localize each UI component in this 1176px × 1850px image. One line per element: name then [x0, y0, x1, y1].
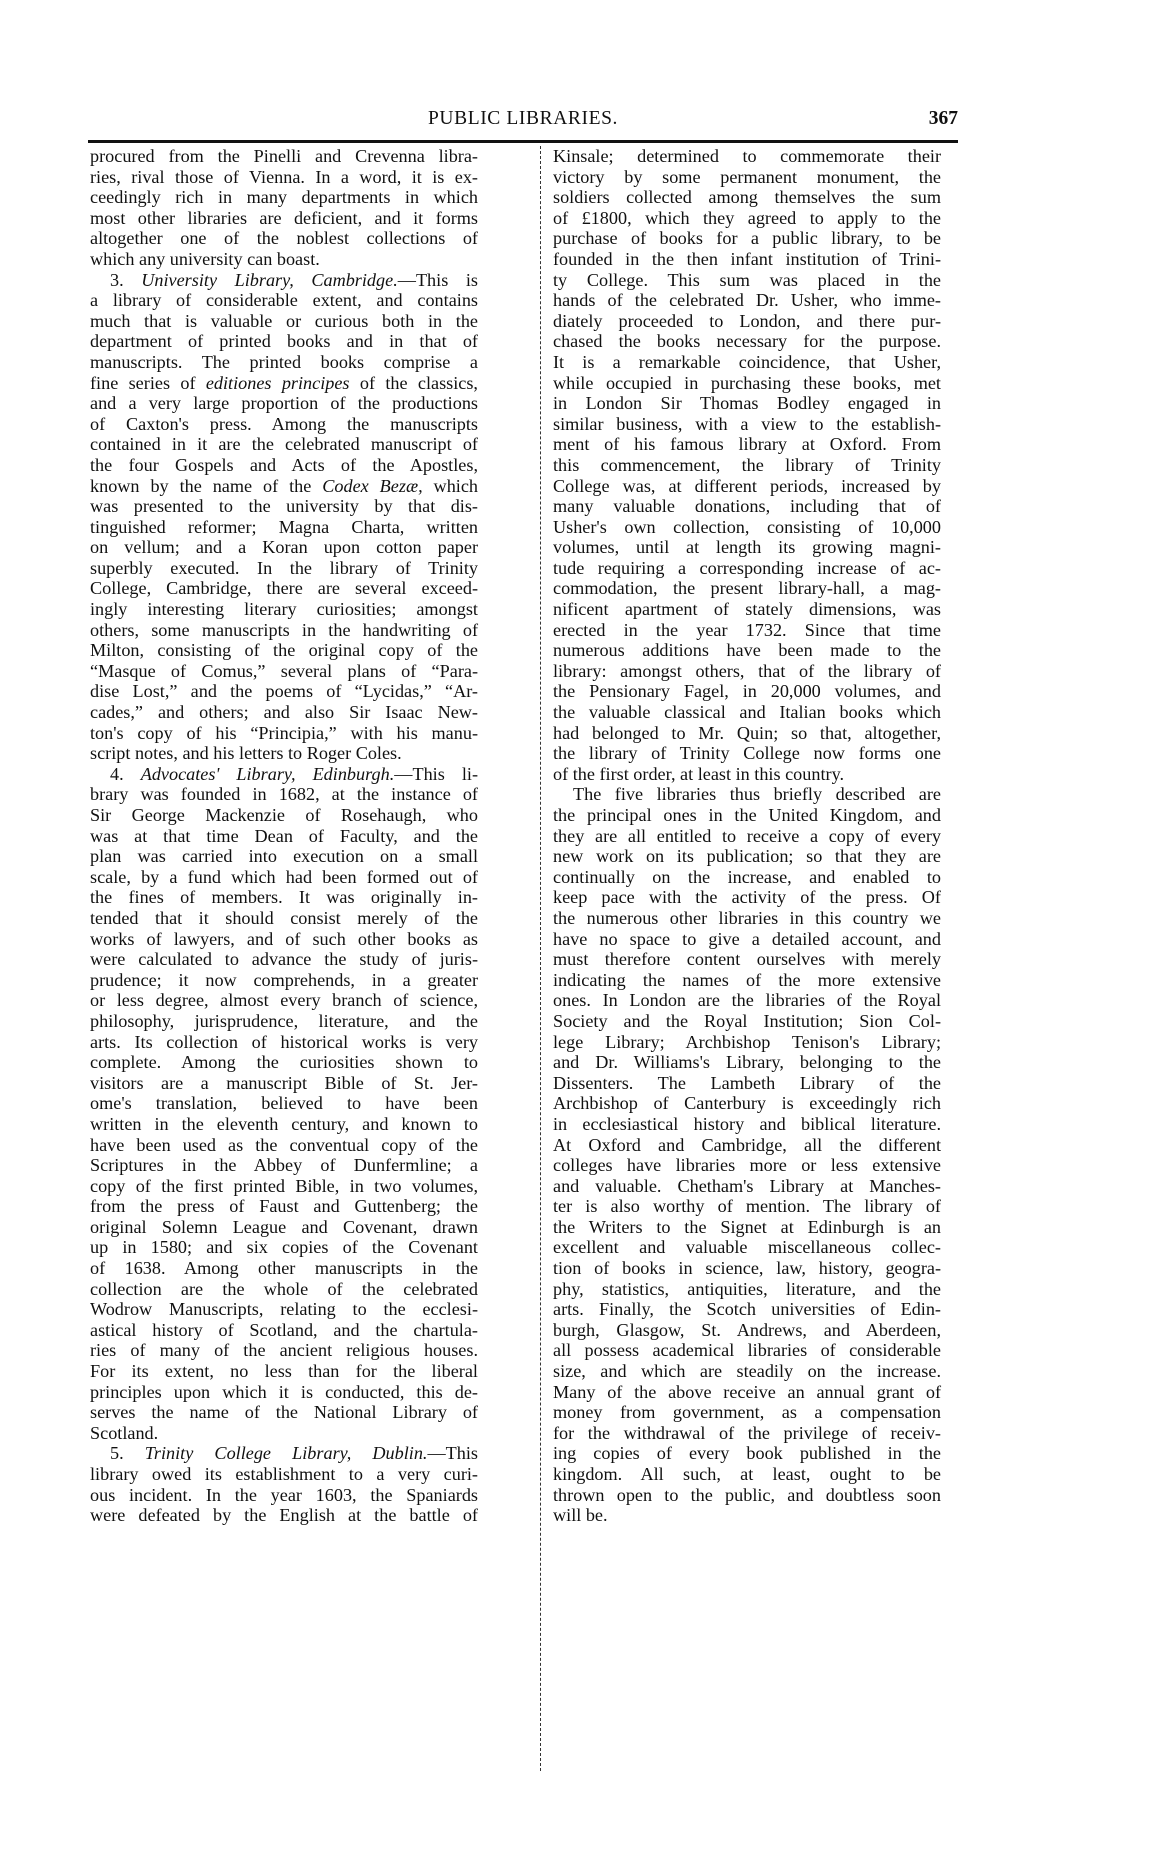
text-line: plan was carried into execution on a sma…	[90, 846, 478, 867]
page-number: 367	[929, 108, 958, 130]
line-text: and Dr. Williams's Library, belonging to…	[553, 1052, 941, 1072]
text-line: contained in it are the celebrated manus…	[90, 434, 478, 455]
line-text: and valuable. Chetham's Library at Manch…	[553, 1176, 941, 1196]
text-line: ries, rival those of Vienna. In a word, …	[90, 167, 478, 188]
text-line: nificent apartment of stately dimensions…	[553, 599, 941, 620]
text-line: script notes, and his letters to Roger C…	[90, 743, 478, 764]
text-line: of Caxton's press. Among the manuscripts	[90, 414, 478, 435]
line-text: tinguished reformer; Magna Charta, writt…	[90, 517, 478, 537]
line-text: It is a remarkable coincidence, that Ush…	[553, 352, 941, 372]
text-line: the fines of members. It was originally …	[90, 887, 478, 908]
line-text: scale, by a fund which had been formed o…	[90, 867, 478, 887]
line-text: arts. Finally, the Scotch universities o…	[553, 1299, 941, 1319]
text-line: 4. Advocates' Library, Edinburgh.—This l…	[90, 764, 478, 785]
line-text: manuscripts. The printed books comprise …	[90, 352, 478, 372]
line-text: many valuable donations, including that …	[553, 496, 941, 516]
line-text: were calculated to advance the study of …	[90, 949, 478, 969]
line-text: ter is also worthy of mention. The libra…	[553, 1196, 941, 1216]
line-text: ment of his famous library at Oxford. Fr…	[553, 434, 941, 454]
line-text: brary was founded in 1682, at the instan…	[90, 784, 478, 804]
line-text: numerous additions have been made to the	[553, 640, 941, 660]
text-line: copy of the first printed Bible, in two …	[90, 1176, 478, 1197]
line-text: arts. Its collection of historical works…	[90, 1032, 478, 1052]
italic-heading: editiones principes	[206, 373, 350, 393]
line-text: of Caxton's press. Among the manuscripts	[90, 414, 478, 434]
text-line: the valuable classical and Italian books…	[553, 702, 941, 723]
line-text: contained in it are the celebrated manus…	[90, 434, 478, 454]
text-line: The five libraries thus briefly describe…	[553, 784, 941, 805]
line-text: and a very large proportion of the produ…	[90, 393, 478, 413]
text-line: Scotland.	[90, 1423, 478, 1444]
line-text: visitors are a manuscript Bible of St. J…	[90, 1073, 478, 1093]
line-text: in London Sir Thomas Bodley engaged in	[553, 393, 941, 413]
text-line: have been used as the conventual copy of…	[90, 1135, 478, 1156]
line-text: ingly interesting literary curiosities; …	[90, 599, 478, 619]
line-text: plan was carried into execution on a sma…	[90, 846, 478, 866]
text-line: library: amongst others, that of the lib…	[553, 661, 941, 682]
line-text: College was, at different periods, incre…	[553, 476, 941, 496]
text-line: At Oxford and Cambridge, all the differe…	[553, 1135, 941, 1156]
text-line: Many of the above receive an annual gran…	[553, 1382, 941, 1403]
text-line: ome's translation, believed to have been	[90, 1093, 478, 1114]
text-line: they are all entitled to receive a copy …	[553, 826, 941, 847]
line-text: ing copies of every book published in th…	[553, 1443, 941, 1463]
line-text: the Writers to the Signet at Edinburgh i…	[553, 1217, 941, 1237]
line-text: Many of the above receive an annual gran…	[553, 1382, 941, 1402]
text-line: size, and which are steadily on the incr…	[553, 1361, 941, 1382]
line-text: At Oxford and Cambridge, all the differe…	[553, 1135, 941, 1155]
text-line: For its extent, no less than for the lib…	[90, 1361, 478, 1382]
text-line: phy, statistics, antiquities, literature…	[553, 1279, 941, 1300]
text-line: and Dr. Williams's Library, belonging to…	[553, 1052, 941, 1073]
text-line: commodation, the present library-hall, a…	[553, 578, 941, 599]
text-line: hands of the celebrated Dr. Usher, who i…	[553, 290, 941, 311]
text-line: colleges have libraries more or less ext…	[553, 1155, 941, 1176]
text-line: works of lawyers, and of such other book…	[90, 929, 478, 950]
line-text: ton's copy of his “Principia,” with his …	[90, 723, 478, 743]
line-text: had belonged to Mr. Quin; so that, altog…	[553, 723, 941, 743]
text-line: Wodrow Manuscripts, relating to the eccl…	[90, 1299, 478, 1320]
line-text: Usher's own collection, consisting of 10…	[553, 517, 941, 537]
text-line: Archbishop of Canterbury is exceedingly …	[553, 1093, 941, 1114]
text-line: while occupied in purchasing these books…	[553, 373, 941, 394]
line-text: money from government, as a compensation	[553, 1402, 941, 1422]
text-line: the library of Trinity College now forms…	[553, 743, 941, 764]
text-line: many valuable donations, including that …	[553, 496, 941, 517]
text-line: this commencement, the library of Trinit…	[553, 455, 941, 476]
text-line: dise Lost,” and the poems of “Lycidas,” …	[90, 681, 478, 702]
line-text: ries of many of the ancient religious ho…	[90, 1340, 478, 1360]
line-text: prudence; it now comprehends, in a great…	[90, 970, 478, 990]
text-line: astical history of Scotland, and the cha…	[90, 1320, 478, 1341]
text-line: ceedingly rich in many departments in wh…	[90, 187, 478, 208]
text-line: or less degree, almost every branch of s…	[90, 990, 478, 1011]
text-line: collection are the whole of the celebrat…	[90, 1279, 478, 1300]
text-line: the principal ones in the United Kingdom…	[553, 805, 941, 826]
text-line: money from government, as a compensation	[553, 1402, 941, 1423]
italic-heading: Advocates' Library, Edinburgh.	[141, 764, 395, 784]
line-text: commodation, the present library-hall, a…	[553, 578, 941, 598]
text-line: had belonged to Mr. Quin; so that, altog…	[553, 723, 941, 744]
text-line: ton's copy of his “Principia,” with his …	[90, 723, 478, 744]
line-text: was presented to the university by that …	[90, 496, 478, 516]
line-text: the four Gospels and Acts of the Apostle…	[90, 455, 478, 475]
line-prefix: fine series of	[90, 373, 206, 393]
text-line: tended that it should consist merely of …	[90, 908, 478, 929]
line-text: most other libraries are deficient, and …	[90, 208, 478, 228]
line-text: copy of the first printed Bible, in two …	[90, 1176, 478, 1196]
text-line: for the withdrawal of the privilege of r…	[553, 1423, 941, 1444]
line-text: victory by some permanent monument, the	[553, 167, 941, 187]
text-line: of the first order, at least in this cou…	[553, 764, 941, 785]
line-text: lege Library; Archbishop Tenison's Libra…	[553, 1032, 941, 1052]
text-line: most other libraries are deficient, and …	[90, 208, 478, 229]
line-text: hands of the celebrated Dr. Usher, who i…	[553, 290, 941, 310]
text-line: indicating the names of the more extensi…	[553, 970, 941, 991]
text-line: continually on the increase, and enabled…	[553, 867, 941, 888]
text-line: similar business, with a view to the est…	[553, 414, 941, 435]
line-text: Dissenters. The Lambeth Library of the	[553, 1073, 941, 1093]
line-text: philosophy, jurisprudence, literature, a…	[90, 1011, 478, 1031]
text-line: altogether one of the noblest collection…	[90, 228, 478, 249]
text-line: purchase of books for a public library, …	[553, 228, 941, 249]
text-line: the Pensionary Fagel, in 20,000 volumes,…	[553, 681, 941, 702]
text-line: arts. Its collection of historical works…	[90, 1032, 478, 1053]
line-text: they are all entitled to receive a copy …	[553, 826, 941, 846]
line-text: Wodrow Manuscripts, relating to the eccl…	[90, 1299, 478, 1319]
line-prefix: 4.	[110, 764, 141, 784]
text-line: visitors are a manuscript Bible of St. J…	[90, 1073, 478, 1094]
line-text: phy, statistics, antiquities, literature…	[553, 1279, 941, 1299]
line-text: while occupied in purchasing these books…	[553, 373, 941, 393]
text-line: arts. Finally, the Scotch universities o…	[553, 1299, 941, 1320]
line-text: procured from the Pinelli and Crevenna l…	[90, 146, 478, 166]
line-text: erected in the year 1732. Since that tim…	[553, 620, 941, 640]
line-text: astical history of Scotland, and the cha…	[90, 1320, 478, 1340]
column-divider	[540, 146, 542, 1771]
text-line: tinguished reformer; Magna Charta, writt…	[90, 517, 478, 538]
line-text: similar business, with a view to the est…	[553, 414, 941, 434]
text-line: have no space to give a detailed account…	[553, 929, 941, 950]
text-line: ing copies of every book published in th…	[553, 1443, 941, 1464]
text-line: superbly executed. In the library of Tri…	[90, 558, 478, 579]
line-text: volumes, until at length its growing mag…	[553, 537, 941, 557]
text-line: complete. Among the curiosities shown to	[90, 1052, 478, 1073]
line-text: a library of considerable extent, and co…	[90, 290, 478, 310]
line-text: The five libraries thus briefly describe…	[573, 784, 941, 804]
text-line: ones. In London are the libraries of the…	[553, 990, 941, 1011]
text-line: of £1800, which they agreed to apply to …	[553, 208, 941, 229]
text-line: Sir George Mackenzie of Rosehaugh, who	[90, 805, 478, 826]
line-text: Scotland.	[90, 1423, 158, 1443]
text-line: others, some manuscripts in the handwrit…	[90, 620, 478, 641]
text-line: scale, by a fund which had been formed o…	[90, 867, 478, 888]
line-text: the library of Trinity College now forms…	[553, 743, 941, 763]
line-text: department of printed books and in that …	[90, 331, 478, 351]
text-line: will be.	[553, 1505, 941, 1526]
line-text: new work on its publication; so that the…	[553, 846, 941, 866]
text-line: must therefore content ourselves with me…	[553, 949, 941, 970]
text-line: 3. University Library, Cambridge.—This i…	[90, 270, 478, 291]
text-line: of 1638. Among other manuscripts in the	[90, 1258, 478, 1279]
line-text: ries, rival those of Vienna. In a word, …	[90, 167, 478, 187]
text-line: the numerous other libraries in this cou…	[553, 908, 941, 929]
line-text: up in 1580; and six copies of the Covena…	[90, 1237, 478, 1257]
document-page: PUBLIC LIBRARIES. 367 procured from the …	[0, 0, 1176, 1850]
line-text: much that is valuable or curious both in…	[90, 311, 478, 331]
text-line: burgh, Glasgow, St. Andrews, and Aberdee…	[553, 1320, 941, 1341]
line-text: must therefore content ourselves with me…	[553, 949, 941, 969]
line-text: dise Lost,” and the poems of “Lycidas,” …	[90, 681, 478, 701]
text-line: philosophy, jurisprudence, literature, a…	[90, 1011, 478, 1032]
text-line: Usher's own collection, consisting of 10…	[553, 517, 941, 538]
line-text: ones. In London are the libraries of the…	[553, 990, 941, 1010]
line-text: Scriptures in the Abbey of Dunfermline; …	[90, 1155, 478, 1175]
line-text: the Pensionary Fagel, in 20,000 volumes,…	[553, 681, 941, 701]
text-line: were defeated by the English at the batt…	[90, 1505, 478, 1526]
running-title: PUBLIC LIBRARIES.	[88, 108, 958, 130]
line-text: were defeated by the English at the batt…	[90, 1505, 478, 1525]
text-line: founded in the then infant institution o…	[553, 249, 941, 270]
line-text: Sir George Mackenzie of Rosehaugh, who	[90, 805, 478, 825]
line-text: Kinsale; determined to commemorate their	[553, 146, 941, 166]
line-text: in ecclesiastical history and biblical l…	[553, 1114, 941, 1134]
text-line: Kinsale; determined to commemorate their	[553, 146, 941, 167]
text-line: was presented to the university by that …	[90, 496, 478, 517]
right-column: Kinsale; determined to commemorate their…	[553, 146, 941, 1526]
text-line: prudence; it now comprehends, in a great…	[90, 970, 478, 991]
text-line: Society and the Royal Institution; Sion …	[553, 1011, 941, 1032]
line-text: of £1800, which they agreed to apply to …	[553, 208, 941, 228]
text-line: the Writers to the Signet at Edinburgh i…	[553, 1217, 941, 1238]
text-line: fine series of editiones principes of th…	[90, 373, 478, 394]
italic-heading: University Library, Cambridge.	[141, 270, 398, 290]
line-text: indicating the names of the more extensi…	[553, 970, 941, 990]
text-line: new work on its publication; so that the…	[553, 846, 941, 867]
line-text: founded in the then infant institution o…	[553, 249, 941, 269]
line-text: principles upon which it is conducted, t…	[90, 1382, 478, 1402]
line-text: have no space to give a detailed account…	[553, 929, 941, 949]
line-text: ous incident. In the year 1603, the Span…	[90, 1485, 478, 1505]
line-text: excellent and valuable miscellaneous col…	[553, 1237, 941, 1257]
line-prefix: 3.	[110, 270, 141, 290]
italic-heading: Codex Bezæ,	[322, 476, 422, 496]
text-line: Dissenters. The Lambeth Library of the	[553, 1073, 941, 1094]
running-head: PUBLIC LIBRARIES. 367	[88, 108, 958, 134]
line-text: For its extent, no less than for the lib…	[90, 1361, 478, 1381]
text-line: cades,” and others; and also Sir Isaac N…	[90, 702, 478, 723]
line-text: “Masque of Comus,” several plans of “Par…	[90, 661, 478, 681]
text-line: ous incident. In the year 1603, the Span…	[90, 1485, 478, 1506]
line-text: colleges have libraries more or less ext…	[553, 1155, 941, 1175]
text-line: and a very large proportion of the produ…	[90, 393, 478, 414]
text-line: procured from the Pinelli and Crevenna l…	[90, 146, 478, 167]
line-text: chased the books necessary for the purpo…	[553, 331, 941, 351]
text-line: tude requiring a corresponding increase …	[553, 558, 941, 579]
text-line: known by the name of the Codex Bezæ, whi…	[90, 476, 478, 497]
text-line: thrown open to the public, and doubtless…	[553, 1485, 941, 1506]
text-line: in ecclesiastical history and biblical l…	[553, 1114, 941, 1135]
text-line: numerous additions have been made to the	[553, 640, 941, 661]
line-text: superbly executed. In the library of Tri…	[90, 558, 478, 578]
text-line: the four Gospels and Acts of the Apostle…	[90, 455, 478, 476]
text-line: manuscripts. The printed books comprise …	[90, 352, 478, 373]
line-text: original Solemn League and Covenant, dra…	[90, 1217, 478, 1237]
line-text: continually on the increase, and enabled…	[553, 867, 941, 887]
line-text: ty College. This sum was placed in the	[553, 270, 941, 290]
text-line: lege Library; Archbishop Tenison's Libra…	[553, 1032, 941, 1053]
text-line: keep pace with the activity of the press…	[553, 887, 941, 908]
text-line: from the press of Faust and Guttenberg; …	[90, 1196, 478, 1217]
text-line: principles upon which it is conducted, t…	[90, 1382, 478, 1403]
line-text: of the first order, at least in this cou…	[553, 764, 844, 784]
line-text: script notes, and his letters to Roger C…	[90, 743, 402, 763]
line-text: the fines of members. It was originally …	[90, 887, 478, 907]
line-text: others, some manuscripts in the handwrit…	[90, 620, 478, 640]
line-text: thrown open to the public, and doubtless…	[553, 1485, 941, 1505]
line-text: —This is	[398, 270, 478, 290]
text-line: on vellum; and a Koran upon cotton paper	[90, 537, 478, 558]
text-line: was at that time Dean of Faculty, and th…	[90, 826, 478, 847]
text-line: ries of many of the ancient religious ho…	[90, 1340, 478, 1361]
text-line: Milton, consisting of the original copy …	[90, 640, 478, 661]
text-line: “Masque of Comus,” several plans of “Par…	[90, 661, 478, 682]
line-text: of the classics,	[350, 373, 478, 393]
line-text: —This li-	[394, 764, 478, 784]
line-text: tion of books in science, law, history, …	[553, 1258, 941, 1278]
text-line: It is a remarkable coincidence, that Ush…	[553, 352, 941, 373]
text-line: and valuable. Chetham's Library at Manch…	[553, 1176, 941, 1197]
text-line: ment of his famous library at Oxford. Fr…	[553, 434, 941, 455]
text-line: a library of considerable extent, and co…	[90, 290, 478, 311]
line-text: for the withdrawal of the privilege of r…	[553, 1423, 941, 1443]
line-text: tended that it should consist merely of …	[90, 908, 478, 928]
line-text: tude requiring a corresponding increase …	[553, 558, 941, 578]
line-text: library owed its establishment to a very…	[90, 1464, 478, 1484]
text-line: department of printed books and in that …	[90, 331, 478, 352]
line-text: complete. Among the curiosities shown to	[90, 1052, 478, 1072]
text-line: original Solemn League and Covenant, dra…	[90, 1217, 478, 1238]
text-line: were calculated to advance the study of …	[90, 949, 478, 970]
text-line: library owed its establishment to a very…	[90, 1464, 478, 1485]
italic-heading: Trinity College Library, Dublin.	[145, 1443, 428, 1463]
line-text: diately proceeded to London, and there p…	[553, 311, 941, 331]
text-line: serves the name of the National Library …	[90, 1402, 478, 1423]
line-text: cades,” and others; and also Sir Isaac N…	[90, 702, 478, 722]
line-text: from the press of Faust and Guttenberg; …	[90, 1196, 478, 1216]
line-text: which	[423, 476, 478, 496]
line-text: soldiers collected among themselves the …	[553, 187, 941, 207]
line-text: of 1638. Among other manuscripts in the	[90, 1258, 478, 1278]
text-line: written in the eleventh century, and kno…	[90, 1114, 478, 1135]
text-line: Scriptures in the Abbey of Dunfermline; …	[90, 1155, 478, 1176]
text-line: kingdom. All such, at least, ought to be	[553, 1464, 941, 1485]
text-line: tion of books in science, law, history, …	[553, 1258, 941, 1279]
header-rule	[88, 140, 958, 143]
text-line: chased the books necessary for the purpo…	[553, 331, 941, 352]
line-text: ceedingly rich in many departments in wh…	[90, 187, 478, 207]
text-line: victory by some permanent monument, the	[553, 167, 941, 188]
line-text: have been used as the conventual copy of…	[90, 1135, 478, 1155]
text-line: ter is also worthy of mention. The libra…	[553, 1196, 941, 1217]
line-text: altogether one of the noblest collection…	[90, 228, 478, 248]
line-text: will be.	[553, 1505, 608, 1525]
text-line: brary was founded in 1682, at the instan…	[90, 784, 478, 805]
line-text: size, and which are steadily on the incr…	[553, 1361, 941, 1381]
line-text: all possess academical libraries of cons…	[553, 1340, 941, 1360]
text-line: College was, at different periods, incre…	[553, 476, 941, 497]
line-text: kingdom. All such, at least, ought to be	[553, 1464, 941, 1484]
line-text: burgh, Glasgow, St. Andrews, and Aberdee…	[553, 1320, 941, 1340]
line-text: —This	[427, 1443, 478, 1463]
line-text: purchase of books for a public library, …	[553, 228, 941, 248]
text-line: up in 1580; and six copies of the Covena…	[90, 1237, 478, 1258]
text-line: College, Cambridge, there are several ex…	[90, 578, 478, 599]
text-line: which any university can boast.	[90, 249, 478, 270]
text-line: much that is valuable or curious both in…	[90, 311, 478, 332]
text-line: 5. Trinity College Library, Dublin.—This	[90, 1443, 478, 1464]
line-text: Society and the Royal Institution; Sion …	[553, 1011, 941, 1031]
line-text: the numerous other libraries in this cou…	[553, 908, 941, 928]
text-line: diately proceeded to London, and there p…	[553, 311, 941, 332]
left-column: procured from the Pinelli and Crevenna l…	[90, 146, 478, 1526]
text-line: erected in the year 1732. Since that tim…	[553, 620, 941, 641]
text-line: all possess academical libraries of cons…	[553, 1340, 941, 1361]
line-text: keep pace with the activity of the press…	[553, 887, 941, 907]
line-text: serves the name of the National Library …	[90, 1402, 478, 1422]
line-text: which any university can boast.	[90, 249, 320, 269]
text-line: ty College. This sum was placed in the	[553, 270, 941, 291]
line-text: this commencement, the library of Trinit…	[553, 455, 941, 475]
text-line: in London Sir Thomas Bodley engaged in	[553, 393, 941, 414]
line-text: was at that time Dean of Faculty, and th…	[90, 826, 478, 846]
line-prefix: 5.	[110, 1443, 145, 1463]
line-text: library: amongst others, that of the lib…	[553, 661, 941, 681]
line-text: College, Cambridge, there are several ex…	[90, 578, 478, 598]
text-line: volumes, until at length its growing mag…	[553, 537, 941, 558]
line-prefix: known by the name of the	[90, 476, 322, 496]
line-text: nificent apartment of stately dimensions…	[553, 599, 941, 619]
line-text: on vellum; and a Koran upon cotton paper	[90, 537, 478, 557]
text-line: excellent and valuable miscellaneous col…	[553, 1237, 941, 1258]
line-text: collection are the whole of the celebrat…	[90, 1279, 478, 1299]
line-text: works of lawyers, and of such other book…	[90, 929, 478, 949]
text-line: soldiers collected among themselves the …	[553, 187, 941, 208]
line-text: Archbishop of Canterbury is exceedingly …	[553, 1093, 941, 1113]
line-text: ome's translation, believed to have been	[90, 1093, 478, 1113]
line-text: or less degree, almost every branch of s…	[90, 990, 478, 1010]
line-text: the principal ones in the United Kingdom…	[553, 805, 941, 825]
line-text: the valuable classical and Italian books…	[553, 702, 941, 722]
text-line: ingly interesting literary curiosities; …	[90, 599, 478, 620]
line-text: Milton, consisting of the original copy …	[90, 640, 478, 660]
line-text: written in the eleventh century, and kno…	[90, 1114, 478, 1134]
